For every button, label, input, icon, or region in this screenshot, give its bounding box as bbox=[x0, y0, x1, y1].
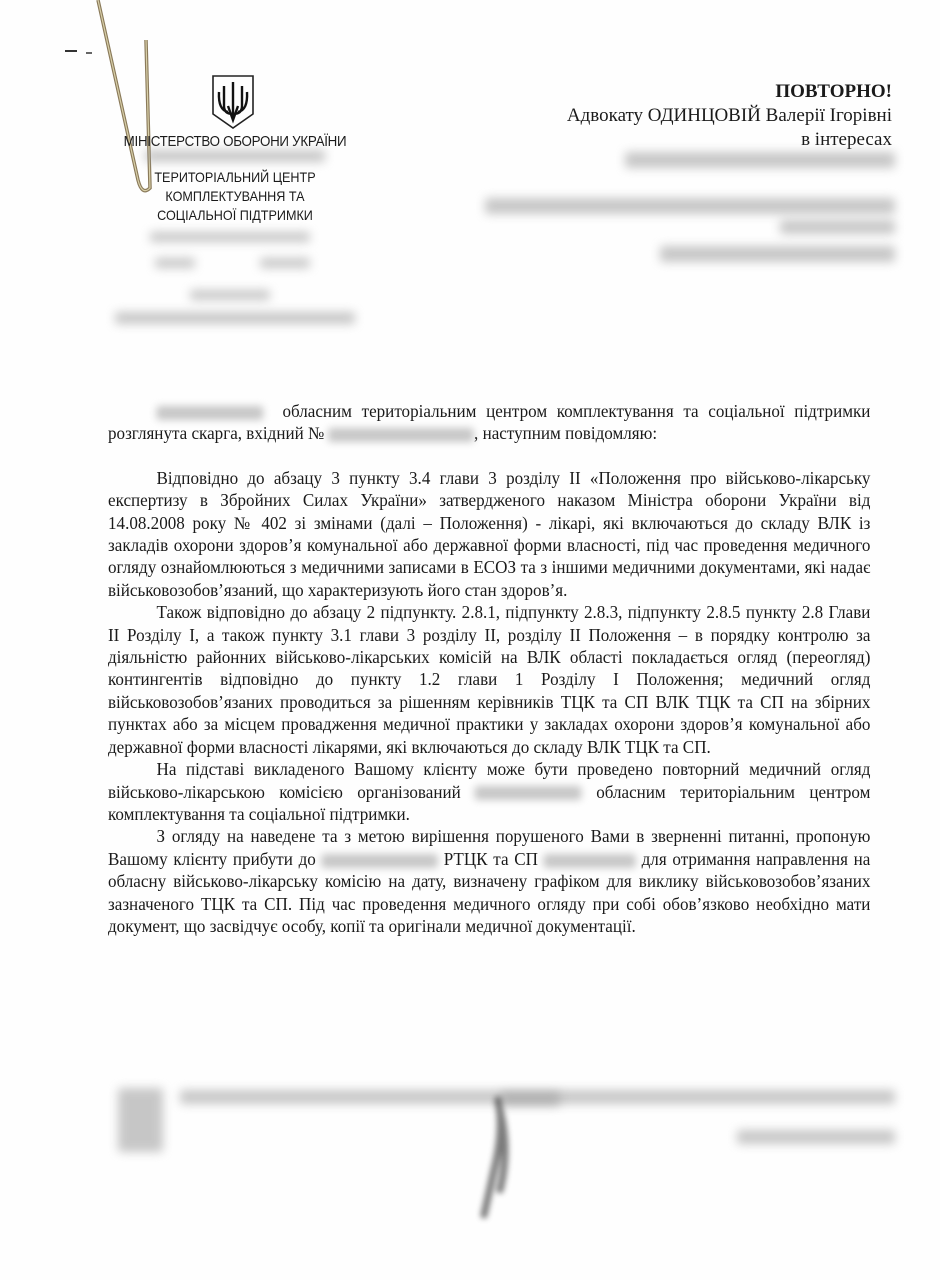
redacted-region bbox=[190, 290, 270, 300]
redacted-region bbox=[737, 1130, 895, 1144]
mark-decoration bbox=[65, 50, 77, 52]
redacted-region bbox=[118, 1088, 163, 1152]
redacted-region bbox=[115, 312, 355, 324]
redacted-region bbox=[625, 152, 895, 168]
letter-page: МІНІСТЕРСТВО ОБОРОНИ УКРАЇНИ ТЕРИТОРІАЛЬ… bbox=[0, 0, 940, 1280]
letterhead-ministry: МІНІСТЕРСТВО ОБОРОНИ УКРАЇНИ bbox=[120, 134, 350, 150]
redacted-region bbox=[157, 406, 264, 420]
paragraph-3: На підставі викладеного Вашому клієнту м… bbox=[108, 758, 870, 825]
paragraph-4: З огляду на наведене та з метою вирішенн… bbox=[108, 825, 870, 937]
intro-paragraph: обласним територіальним центром комплект… bbox=[108, 400, 870, 445]
letterhead-center: ТЕРИТОРІАЛЬНИЙ ЦЕНТР КОМПЛЕКТУВАННЯ ТА С… bbox=[132, 168, 339, 225]
paragraph-1: Відповідно до абзацу 3 пункту 3.4 глави … bbox=[108, 467, 870, 601]
redacted-region bbox=[322, 854, 438, 868]
letterhead-line: КОМПЛЕКТУВАННЯ ТА bbox=[132, 187, 339, 206]
trident-emblem-icon bbox=[210, 74, 256, 130]
repeat-notice: ПОВТОРНО! bbox=[567, 80, 892, 104]
redacted-region bbox=[329, 428, 475, 442]
redacted-region bbox=[660, 246, 895, 262]
redacted-region bbox=[475, 786, 582, 800]
addressee-name: Адвокату ОДИНЦОВІЙ Валерії Ігорівні bbox=[567, 104, 892, 128]
redacted-region bbox=[150, 232, 310, 242]
redacted-region bbox=[155, 258, 195, 268]
addressee-block: ПОВТОРНО! Адвокату ОДИНЦОВІЙ Валерії Іго… bbox=[567, 80, 892, 152]
paragraph-text: РТЦК та СП bbox=[444, 849, 538, 869]
letterhead-line: ТЕРИТОРІАЛЬНИЙ ЦЕНТР bbox=[132, 168, 339, 187]
letterhead-line: СОЦІАЛЬНОЇ ПІДТРИМКИ bbox=[132, 206, 339, 225]
redacted-region bbox=[544, 854, 636, 868]
addressee-interest: в інтересах bbox=[567, 128, 892, 152]
paragraph-2: Також відповідно до абзацу 2 підпункту. … bbox=[108, 601, 870, 758]
mark-decoration bbox=[86, 52, 92, 54]
letter-body: обласним територіальним центром комплект… bbox=[108, 400, 870, 937]
redacted-region bbox=[260, 258, 310, 268]
redacted-region bbox=[145, 150, 325, 162]
redacted-region bbox=[485, 198, 895, 214]
signature-icon bbox=[470, 1090, 530, 1220]
intro-text: , наступним повідомляю: bbox=[474, 423, 657, 443]
redacted-region bbox=[780, 220, 895, 234]
